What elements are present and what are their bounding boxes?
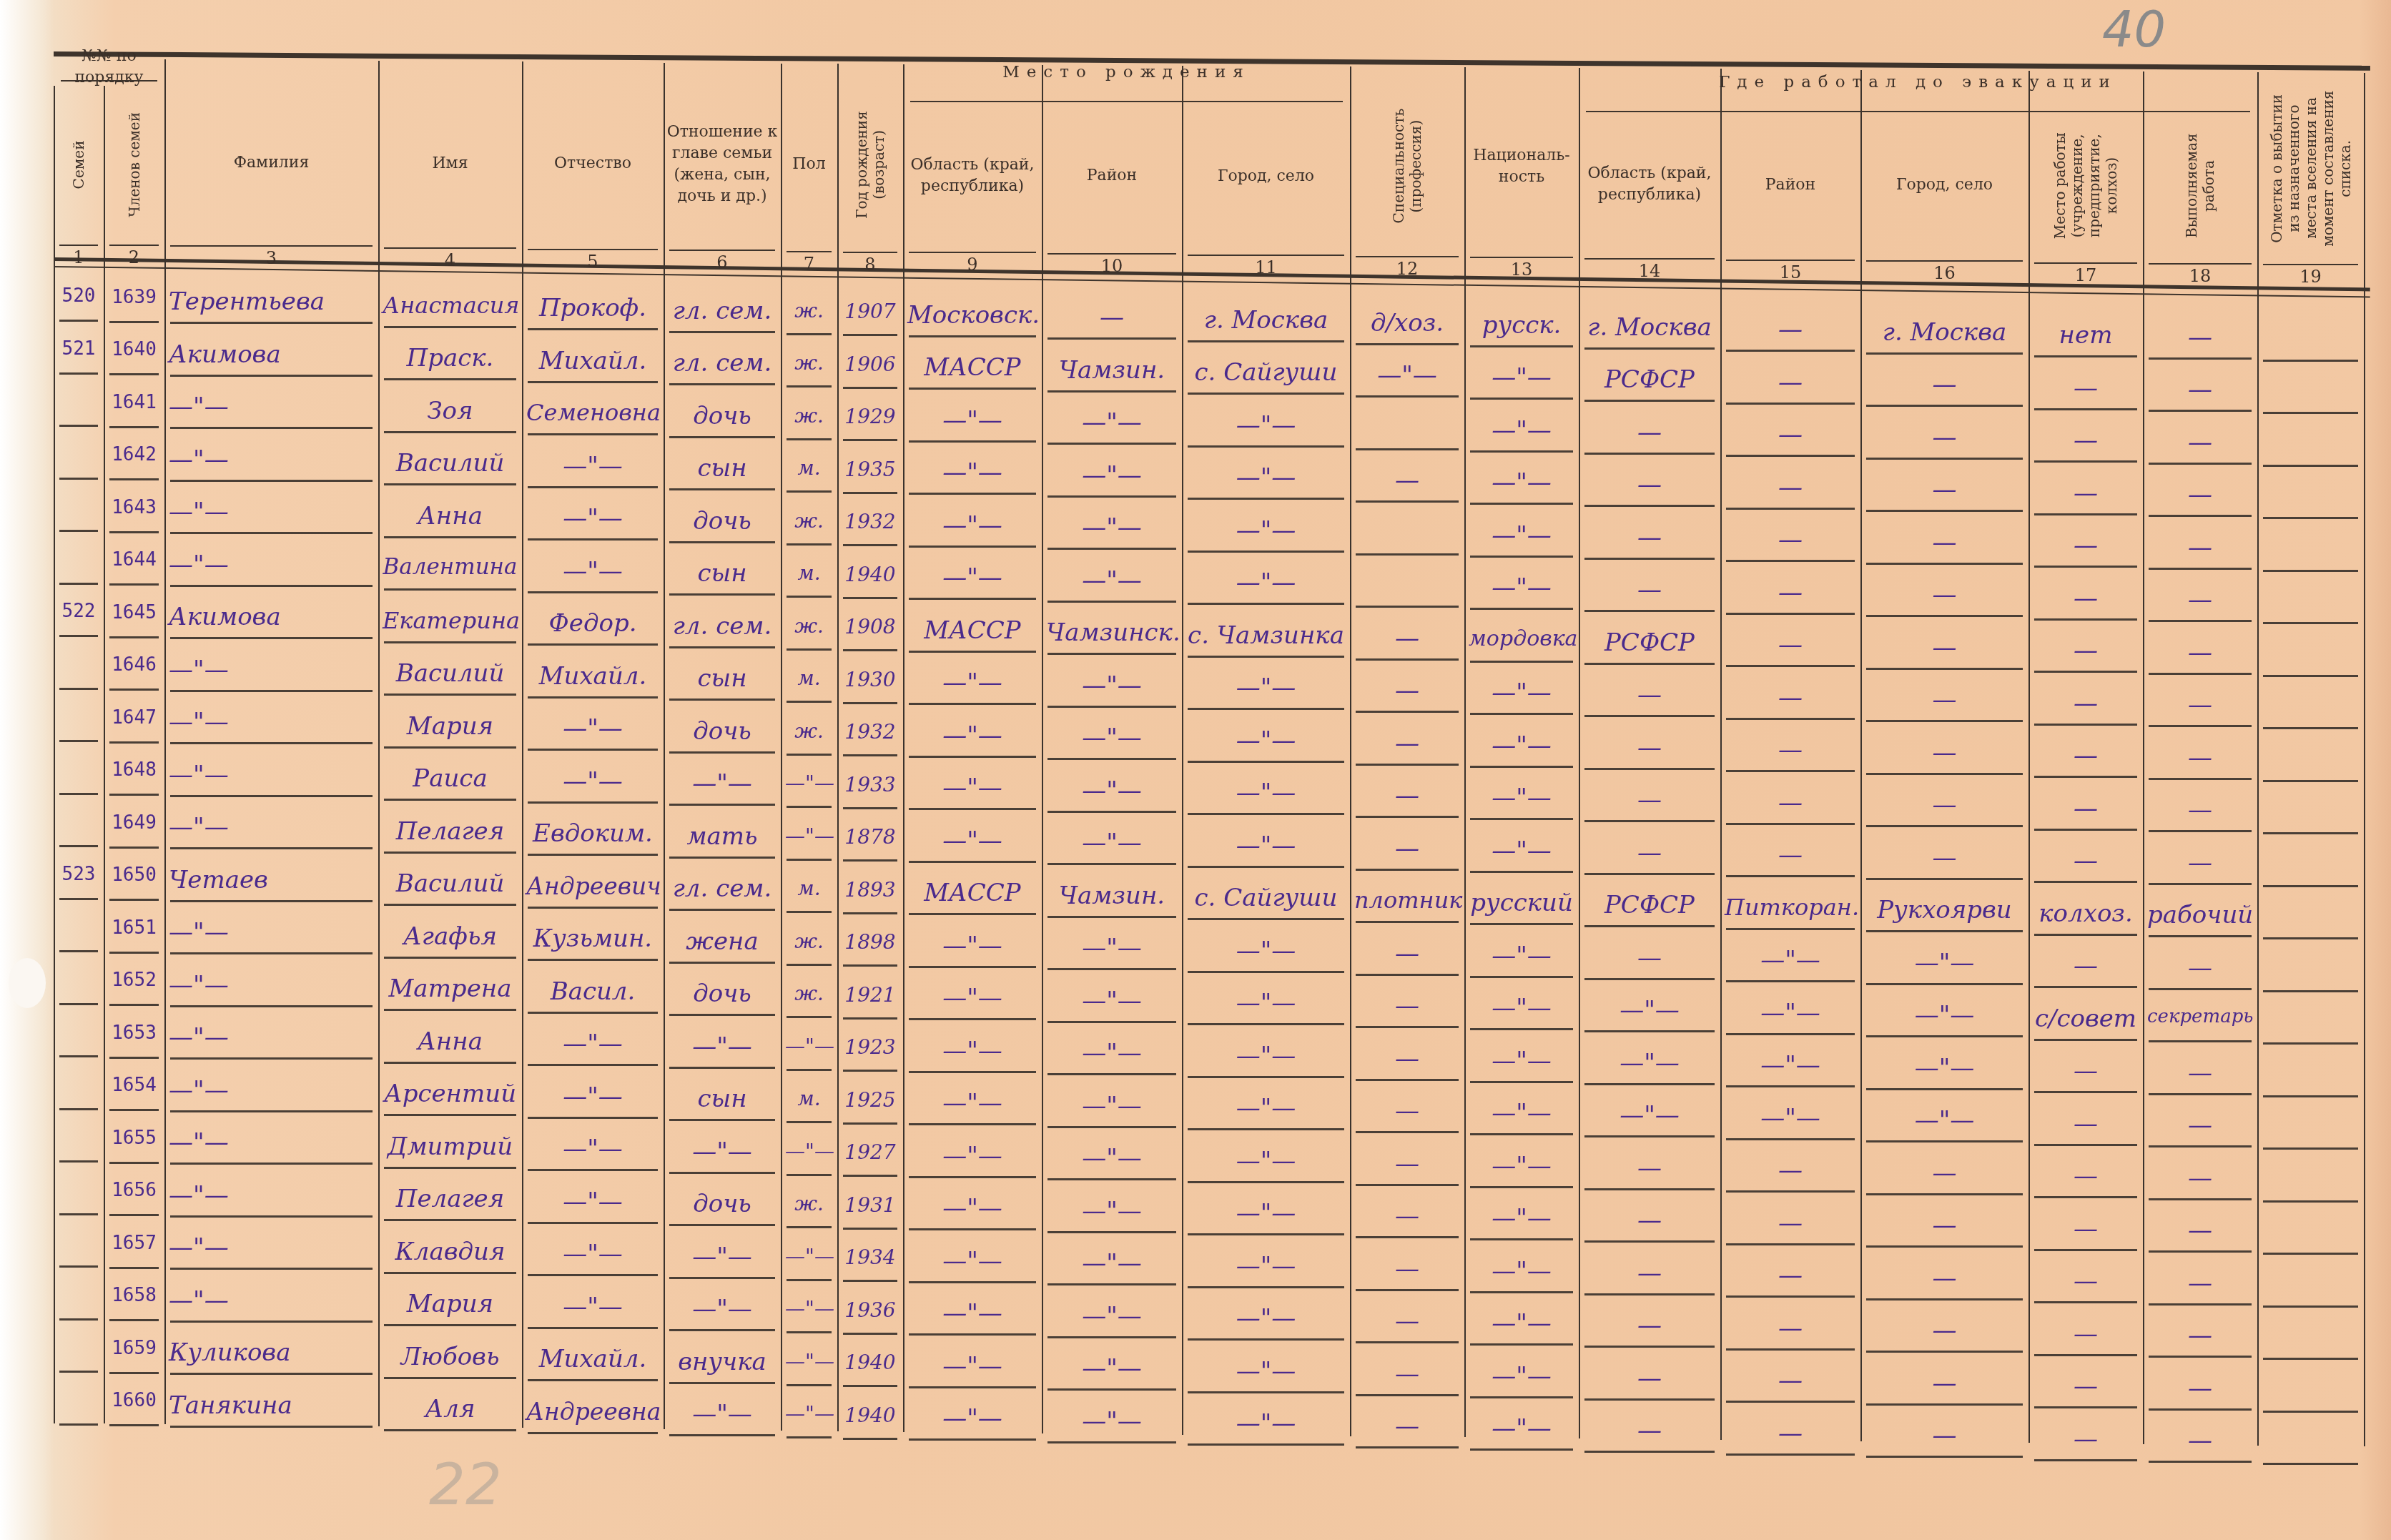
table-cell-r21-c13: —"—	[1469, 1362, 1574, 1391]
table-cell-r7-c14: РСФСР	[1583, 628, 1716, 657]
table-cell-r13-c15: —"—	[1725, 946, 1856, 974]
table-cell-r21-c7: —"—	[785, 1350, 833, 1373]
cell-underline	[1726, 1348, 1855, 1351]
table-cell-r10-c17: —	[2033, 794, 2139, 823]
table-cell-r22-c17: —	[2033, 1425, 2139, 1453]
table-cell-r18-c14: —	[1583, 1206, 1716, 1235]
cell-underline	[2149, 620, 2252, 622]
table-cell-r18-c18: —	[2147, 1216, 2253, 1245]
table-cell-r3-c7: ж.	[785, 404, 833, 428]
table-cell-r7-c8: 1908	[842, 615, 899, 638]
table-cell-r18-c11: —"—	[1186, 1199, 1346, 1228]
table-cell-r1-c8: 1907	[842, 300, 899, 323]
cell-underline	[59, 1318, 98, 1321]
cell-underline	[2263, 832, 2358, 834]
cell-underline	[787, 385, 832, 388]
cell-underline	[1866, 668, 2023, 670]
table-cell-r16-c12: —	[1354, 1097, 1460, 1125]
cell-underline	[384, 694, 516, 696]
table-cell-r4-c18: —	[2147, 480, 2253, 509]
cell-underline	[1726, 1453, 1855, 1456]
table-cell-r13-c18: —	[2147, 954, 2253, 982]
cell-underline	[1188, 656, 1344, 658]
cell-underline	[2263, 1200, 2358, 1203]
column-number-19: 19	[2257, 267, 2364, 287]
cell-underline	[1047, 601, 1176, 603]
cell-underline	[1047, 758, 1176, 760]
table-cell-r2-c13: —"—	[1469, 363, 1574, 392]
table-cell-r2-c16: —	[1865, 370, 2024, 399]
cell-underline	[109, 846, 159, 849]
cell-underline	[843, 1385, 897, 1387]
cell-underline	[2034, 1196, 2137, 1198]
table-cell-r12-c11: с. Сайгуши	[1186, 884, 1346, 912]
cell-underline	[1188, 971, 1344, 973]
table-cell-r22-c10: —"—	[1046, 1407, 1178, 1436]
table-cell-r6-c6: сын	[668, 559, 777, 588]
cell-underline	[170, 900, 373, 902]
table-cell-r20-c13: —"—	[1469, 1309, 1574, 1338]
cell-underline	[109, 794, 159, 796]
column-header-rule	[2263, 264, 2358, 265]
cell-underline	[909, 335, 1036, 337]
table-cell-r14-c3: —"—	[169, 971, 374, 999]
table-cell-r11-c5: Евдоким.	[526, 819, 659, 848]
cell-underline	[1584, 1135, 1715, 1137]
table-cell-r1-c18: —	[2147, 323, 2253, 352]
table-cell-r19-c15: —	[1725, 1261, 1856, 1290]
table-cell-r11-c13: —"—	[1469, 836, 1574, 865]
table-cell-r4-c5: —"—	[526, 452, 659, 480]
cell-underline	[787, 1069, 832, 1071]
table-cell-r8-c12: —	[1354, 676, 1460, 705]
cell-underline	[669, 1067, 775, 1069]
cell-underline	[1188, 1338, 1344, 1341]
cell-underline	[170, 742, 373, 744]
cell-underline	[109, 583, 159, 586]
cell-underline	[2034, 724, 2137, 726]
table-cell-r14-c6: дочь	[668, 979, 777, 1008]
cell-underline	[1584, 558, 1715, 560]
cell-underline	[1866, 405, 2023, 407]
cell-underline	[59, 898, 98, 900]
cell-underline	[59, 1423, 98, 1426]
table-cell-r10-c3: —"—	[169, 761, 374, 789]
group-header-work: Где работал до эвакуации	[1579, 71, 2257, 93]
table-cell-r7-c15: —	[1725, 631, 1856, 659]
cell-underline	[1047, 1441, 1176, 1443]
cell-underline	[1726, 980, 1855, 982]
cell-underline	[1584, 453, 1715, 455]
cell-underline	[843, 702, 897, 704]
cell-underline	[2263, 1358, 2358, 1360]
table-cell-r2-c2: 1640	[108, 339, 160, 360]
table-cell-r19-c4: Клавдия	[383, 1238, 518, 1266]
table-cell-r12-c9: МАССР	[907, 879, 1037, 907]
table-cell-r3-c9: —"—	[907, 406, 1037, 435]
table-cell-r2-c10: Чамзин.	[1046, 356, 1178, 385]
table-cell-r18-c10: —"—	[1046, 1197, 1178, 1225]
table-cell-r17-c6: —"—	[668, 1137, 777, 1166]
cell-underline	[1470, 1028, 1573, 1030]
cell-underline	[2263, 1411, 2358, 1413]
table-cell-r3-c13: —"—	[1469, 416, 1574, 445]
table-cell-r3-c15: —	[1725, 420, 1856, 449]
cell-underline	[1726, 403, 1855, 405]
table-cell-r12-c10: Чамзин.	[1046, 882, 1178, 910]
cell-underline	[528, 643, 658, 646]
cell-underline	[1584, 610, 1715, 612]
cell-underline	[1584, 347, 1715, 350]
column-number-10: 10	[1042, 256, 1182, 276]
table-cell-r7-c5: Федор.	[526, 609, 659, 638]
table-cell-r6-c3: —"—	[169, 551, 374, 579]
table-cell-r6-c18: —	[2147, 586, 2253, 614]
table-cell-r14-c4: Матрена	[383, 974, 518, 1003]
cell-underline	[1188, 866, 1344, 868]
table-cell-r1-c1: 520	[58, 285, 99, 307]
table-cell-r3-c8: 1929	[842, 405, 899, 428]
table-cell-r6-c7: м.	[785, 561, 833, 585]
cell-underline	[2034, 1459, 2137, 1461]
cell-underline	[109, 1214, 159, 1216]
cell-underline	[909, 861, 1036, 863]
table-cell-r3-c10: —"—	[1046, 408, 1178, 437]
cell-underline	[1356, 448, 1459, 450]
cell-underline	[1470, 556, 1573, 558]
cell-underline	[1470, 398, 1573, 400]
column-number-1: 1	[54, 247, 104, 267]
table-cell-r6-c9: —"—	[907, 563, 1037, 592]
cell-underline	[384, 588, 516, 591]
cell-underline	[1584, 400, 1715, 402]
table-cell-r15-c3: —"—	[169, 1023, 374, 1052]
table-cell-r12-c15: Питкоран.	[1725, 894, 1856, 921]
cell-underline	[528, 1117, 658, 1119]
cell-underline	[787, 1331, 832, 1333]
cell-underline	[787, 701, 832, 703]
table-cell-r18-c8: 1931	[842, 1193, 899, 1217]
column-header-rule	[2034, 262, 2137, 264]
table-cell-r18-c9: —"—	[907, 1194, 1037, 1223]
cell-underline	[1584, 1240, 1715, 1243]
table-cell-r2-c11: с. Сайгуши	[1186, 358, 1346, 387]
table-cell-r9-c2: 1647	[108, 707, 160, 729]
cell-underline	[59, 320, 98, 322]
cell-underline	[1584, 1030, 1715, 1032]
table-cell-r17-c11: —"—	[1186, 1147, 1346, 1175]
cell-underline	[843, 912, 897, 914]
cell-underline	[1047, 1388, 1176, 1391]
table-cell-r5-c10: —"—	[1046, 513, 1178, 542]
cell-underline	[1470, 871, 1573, 873]
cell-underline	[528, 538, 658, 541]
cell-underline	[1047, 1178, 1176, 1180]
table-cell-r12-c17: колхоз.	[2033, 899, 2139, 928]
cell-underline	[2034, 1144, 2137, 1146]
table-cell-r15-c8: 1923	[842, 1035, 899, 1059]
cell-underline	[109, 741, 159, 744]
cell-underline	[1866, 510, 2023, 512]
cell-underline	[384, 1167, 516, 1169]
column-header-16: Город, село	[1863, 122, 2026, 249]
table-cell-r6-c5: —"—	[526, 557, 659, 586]
cell-underline	[384, 483, 516, 485]
cell-underline	[1866, 930, 2023, 932]
cell-underline	[787, 911, 832, 913]
cell-underline	[669, 646, 775, 648]
table-cell-r9-c12: —	[1354, 729, 1460, 758]
table-cell-r2-c1: 521	[58, 338, 99, 360]
table-cell-r6-c13: —"—	[1469, 573, 1574, 602]
cell-underline	[1356, 1131, 1459, 1133]
cell-underline	[2149, 1408, 2252, 1411]
table-cell-r4-c6: сын	[668, 454, 777, 483]
table-cell-r13-c7: ж.	[785, 929, 833, 953]
table-cell-r19-c6: —"—	[668, 1243, 777, 1271]
cell-underline	[109, 636, 159, 638]
cell-underline	[1470, 1396, 1573, 1398]
table-cell-r15-c17: —	[2033, 1057, 2139, 1085]
table-cell-r1-c15: —	[1725, 315, 1856, 344]
table-cell-r10-c16: —	[1865, 791, 2024, 819]
cell-underline	[59, 1371, 98, 1373]
cell-underline	[1356, 711, 1459, 713]
cell-underline	[528, 959, 658, 961]
cell-underline	[669, 804, 775, 806]
cell-underline	[787, 490, 832, 493]
cell-underline	[909, 388, 1036, 390]
cell-underline	[787, 806, 832, 808]
table-cell-r2-c17: —	[2033, 374, 2139, 403]
table-cell-r10-c12: —	[1354, 781, 1460, 810]
cell-underline	[669, 751, 775, 754]
table-cell-r8-c4: Василий	[383, 659, 518, 688]
cell-underline	[2263, 990, 2358, 992]
column-header-15: Район	[1723, 122, 1858, 248]
column-header-10: Район	[1045, 107, 1179, 245]
table-cell-r14-c5: Васил.	[526, 977, 659, 1006]
cell-underline	[170, 1426, 373, 1428]
cell-underline	[59, 1055, 98, 1057]
table-cell-r10-c18: —	[2147, 796, 2253, 824]
cell-underline	[909, 756, 1036, 758]
cell-underline	[384, 326, 516, 328]
table-cell-r1-c4: Анастасия	[383, 292, 518, 319]
table-cell-r10-c11: —"—	[1186, 779, 1346, 807]
cell-underline	[384, 957, 516, 959]
table-cell-r9-c17: —	[2033, 741, 2139, 770]
table-cell-r15-c2: 1653	[108, 1022, 160, 1044]
table-cell-r11-c9: —"—	[907, 826, 1037, 855]
cell-underline	[1188, 813, 1344, 815]
cell-underline	[2149, 410, 2252, 412]
cell-underline	[1047, 863, 1176, 865]
cell-underline	[2149, 1356, 2252, 1358]
column-header-rule	[59, 245, 98, 246]
table-cell-r16-c13: —"—	[1469, 1099, 1574, 1127]
column-number-2: 2	[104, 247, 164, 267]
table-cell-r22-c7: —"—	[785, 1402, 833, 1426]
table-cell-r7-c4: Екатерина	[383, 607, 518, 634]
table-cell-r15-c18: —	[2147, 1059, 2253, 1087]
cell-underline	[1356, 1446, 1459, 1448]
table-cell-r14-c9: —"—	[907, 984, 1037, 1012]
cell-underline	[787, 1016, 832, 1018]
cell-underline	[1356, 1184, 1459, 1186]
cell-underline	[1866, 983, 2023, 985]
cell-underline	[528, 801, 658, 804]
cell-underline	[109, 952, 159, 954]
cell-underline	[59, 425, 98, 427]
table-cell-r9-c4: Мария	[383, 712, 518, 741]
cell-underline	[1047, 1021, 1176, 1023]
table-cell-r14-c10: —"—	[1046, 987, 1178, 1015]
table-cell-r3-c3: —"—	[169, 393, 374, 421]
cell-underline	[1047, 706, 1176, 708]
column-header-rule	[1356, 256, 1459, 257]
table-cell-r16-c18: —	[2147, 1111, 2253, 1140]
cell-underline	[384, 1377, 516, 1379]
table-cell-r21-c5: Михайл.	[526, 1345, 659, 1373]
cell-underline	[909, 1071, 1036, 1073]
table-cell-r6-c8: 1940	[842, 563, 899, 586]
cell-underline	[2263, 412, 2358, 414]
column-header-14: Область (край, республика)	[1582, 122, 1717, 247]
cell-underline	[1866, 1140, 2023, 1142]
cell-underline	[669, 1224, 775, 1226]
cell-underline	[843, 1438, 897, 1440]
table-cell-r22-c13: —"—	[1469, 1414, 1574, 1443]
table-cell-r8-c13: —"—	[1469, 678, 1574, 707]
table-cell-r12-c8: 1893	[842, 878, 899, 902]
cell-underline	[2149, 1093, 2252, 1095]
table-cell-r4-c4: Василий	[383, 449, 518, 478]
cell-underline	[1188, 918, 1344, 920]
table-cell-r20-c8: 1936	[842, 1298, 899, 1322]
table-cell-r13-c12: —	[1354, 939, 1460, 968]
table-cell-r7-c7: ж.	[785, 614, 833, 638]
table-cell-r3-c16: —	[1865, 423, 2024, 452]
table-cell-r15-c14: —"—	[1583, 1049, 1716, 1077]
cell-underline	[1470, 345, 1573, 347]
table-cell-r2-c12: —"—	[1354, 361, 1460, 390]
cell-underline	[384, 378, 516, 380]
column-header-11: Город, село	[1185, 107, 1347, 245]
table-cell-r7-c1: 522	[58, 601, 99, 622]
cell-underline	[1470, 450, 1573, 453]
cell-underline	[1470, 1238, 1573, 1240]
table-cell-r9-c5: —"—	[526, 714, 659, 743]
cell-underline	[669, 541, 775, 543]
table-cell-r1-c11: г. Москва	[1186, 306, 1346, 335]
table-cell-r4-c12: —	[1354, 466, 1460, 495]
cell-underline	[170, 847, 373, 849]
table-cell-r8-c6: сын	[668, 664, 777, 693]
cell-underline	[384, 1429, 516, 1431]
cell-underline	[170, 1268, 373, 1270]
table-cell-r3-c14: —	[1583, 418, 1716, 447]
cell-underline	[1047, 1283, 1176, 1285]
cell-underline	[909, 1176, 1036, 1178]
table-cell-r2-c9: МАССР	[907, 353, 1037, 382]
cell-underline	[1470, 1081, 1573, 1083]
table-cell-r1-c7: ж.	[785, 299, 833, 322]
table-cell-r1-c6: гл. сем.	[668, 297, 777, 325]
cell-underline	[2149, 725, 2252, 727]
table-cell-r6-c17: —	[2033, 584, 2139, 613]
cell-underline	[109, 478, 159, 480]
cell-underline	[1470, 608, 1573, 610]
column-header-rule	[1726, 260, 1855, 261]
column-header-5: Отчество	[525, 86, 661, 242]
cell-underline	[669, 1434, 775, 1436]
cell-underline	[1047, 811, 1176, 813]
cell-underline	[1356, 1026, 1459, 1028]
cell-underline	[528, 1327, 658, 1329]
table-cell-r3-c17: —	[2033, 426, 2139, 455]
cell-underline	[2149, 515, 2252, 517]
cell-underline	[528, 486, 658, 488]
table-cell-r1-c14: г. Москва	[1583, 313, 1716, 342]
table-cell-r16-c8: 1925	[842, 1088, 899, 1112]
table-cell-r15-c6: —"—	[668, 1032, 777, 1061]
table-cell-r18-c2: 1656	[108, 1180, 160, 1201]
cell-underline	[2263, 1042, 2358, 1045]
table-cell-r5-c3: —"—	[169, 498, 374, 526]
column-number-3: 3	[164, 248, 378, 268]
table-cell-r17-c4: Дмитрий	[383, 1132, 518, 1161]
table-cell-r8-c7: м.	[785, 666, 833, 690]
table-cell-r10-c10: —"—	[1046, 776, 1178, 805]
cell-underline	[2263, 780, 2358, 782]
column-header-rule	[1584, 258, 1715, 260]
table-cell-r22-c8: 1940	[842, 1403, 899, 1427]
table-cell-r20-c14: —	[1583, 1311, 1716, 1340]
table-cell-r20-c15: —	[1725, 1314, 1856, 1343]
table-cell-r13-c10: —"—	[1046, 934, 1178, 962]
table-cell-r17-c16: —	[1865, 1159, 2024, 1188]
cell-underline	[909, 546, 1036, 548]
cell-underline	[1356, 869, 1459, 871]
table-cell-r19-c16: —	[1865, 1264, 2024, 1293]
column-header-rule	[1047, 253, 1176, 255]
cell-underline	[2034, 829, 2137, 831]
table-cell-r21-c4: Любовь	[383, 1343, 518, 1371]
cell-underline	[1584, 820, 1715, 822]
column-header-6: Отношение к главе семьи (жена, сын, дочь…	[666, 86, 778, 243]
cell-underline	[170, 1373, 373, 1375]
table-cell-r18-c7: ж.	[785, 1192, 833, 1215]
cell-underline	[1356, 500, 1459, 503]
table-cell-r7-c11: с. Чамзинка	[1186, 621, 1346, 650]
cell-underline	[669, 857, 775, 859]
table-cell-r21-c6: внучка	[668, 1348, 777, 1376]
cell-underline	[59, 1160, 98, 1163]
cell-underline	[1584, 715, 1715, 717]
cell-underline	[1584, 505, 1715, 507]
table-cell-r22-c12: —	[1354, 1412, 1460, 1441]
column-number-14: 14	[1579, 261, 1720, 281]
cell-underline	[170, 427, 373, 429]
table-cell-r13-c16: —"—	[1865, 949, 2024, 977]
cell-underline	[2149, 568, 2252, 570]
table-cell-r12-c12: плотник	[1354, 887, 1460, 914]
table-cell-r12-c4: Василий	[383, 869, 518, 898]
cell-underline	[1356, 816, 1459, 818]
cell-underline	[59, 583, 98, 585]
cell-underline	[787, 1121, 832, 1123]
